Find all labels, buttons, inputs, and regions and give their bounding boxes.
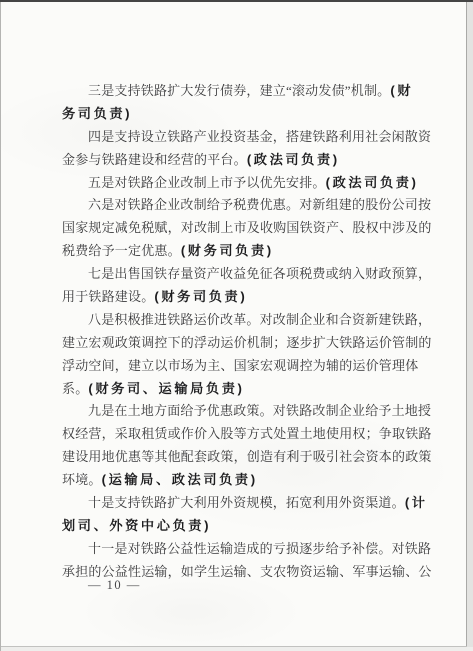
document-line: 三是支持铁路扩大发行债券，建立“滚动发债”机制。(财 [62,80,430,103]
document-line: 十是支持铁路扩大利用外资规模，拓宽利用外资渠道。(计 [62,492,430,515]
department-responsibility-label: (政法司负责) [326,175,419,190]
text-segment: 三是支持铁路扩大发行债券，建立“滚动发债”机制。 [88,83,390,98]
department-responsibility-label: (计 [405,495,428,510]
scan-edge-right-line [466,0,467,648]
text-segment: 十是支持铁路扩大利用外资规模，拓宽利用外资渠道。 [88,495,405,510]
department-responsibility-label: (财务司负责) [181,243,274,258]
text-segment: 四是支持设立铁路产业投资基金，搭建铁路利用社会闲散资 [88,129,431,144]
text-segment: 用于铁路建设。 [62,289,154,304]
department-responsibility-label: (财务司、运输局负责) [88,381,244,396]
document-line: 八是积极推进铁路运价改革。对改制企业和合资新建铁路， [62,309,430,332]
text-segment: 承担的公益性运输，如学生运输、支农物资运输、军事运输、公 [62,564,432,579]
page-number: — 10 — [88,578,141,593]
document-line: 九是在土地方面给予优惠政策。对铁路改制企业给予土地授 [62,400,430,423]
document-line: 四是支持设立铁路产业投资基金，搭建铁路利用社会闲散资 [62,126,430,149]
scanned-page: 三是支持铁路扩大发行债券，建立“滚动发债”机制。(财务司负责)四是支持设立铁路产… [0,0,473,651]
document-line: 务司负责) [62,103,430,126]
document-line: 建设用地优惠等其他配套政策，创造有利于吸引社会资本的政策 [62,446,430,469]
text-segment: 六是对铁路企业改制给予税费优惠。对新组建的股份公司按 [88,197,431,212]
text-segment: 建设用地优惠等其他配套政策，创造有利于吸引社会资本的政策 [62,449,432,464]
text-segment: 十一是对铁路公益性运输造成的亏损逐步给予补偿。对铁路 [88,541,431,556]
department-responsibility-label: 划司、外资中心负责) [62,518,211,533]
text-segment: 环境。 [62,472,102,487]
scan-edge-bottom-line [1,646,467,647]
document-line: 十一是对铁路公益性运输造成的亏损逐步给予补偿。对铁路 [62,538,430,561]
document-line: 浮动空间，建立以市场为主、国家宏观调控为辅的运价管理体 [62,355,430,378]
text-segment: 系。 [62,381,88,396]
document-body: 三是支持铁路扩大发行债券，建立“滚动发债”机制。(财务司负责)四是支持设立铁路产… [62,80,430,584]
paper-sheet: 三是支持铁路扩大发行债券，建立“滚动发债”机制。(财务司负责)四是支持设立铁路产… [1,2,466,646]
document-line: 建立宏观政策调控下的浮动运价机制；逐步扩大铁路运价管制的 [62,332,430,355]
text-segment: 七是出售国铁存量资产收益免征各项税费或纳入财政预算， [88,266,431,281]
text-segment: 八是积极推进铁路运价改革。对改制企业和合资新建铁路， [88,312,431,327]
document-line: 金参与铁路建设和经营的平台。(政法司负责) [62,149,430,172]
department-responsibility-label: (财 [390,83,413,98]
scan-edge-right-fill [467,0,473,651]
scan-edge-top-band [0,0,473,2]
document-line: 环境。(运输局、政法司负责) [62,469,430,492]
text-segment: 税费给予一定优惠。 [62,243,181,258]
text-segment: 五是对铁路企业改制上市予以优先安排。 [88,175,326,190]
text-segment: 浮动空间，建立以市场为主、国家宏观调控为辅的运价管理体 [62,358,418,373]
text-segment: 权经营，采取租赁或作价入股等方式处置土地使用权；争取铁路 [62,426,432,441]
document-line: 系。(财务司、运输局负责) [62,378,430,401]
document-line: 用于铁路建设。(财务司负责) [62,286,430,309]
scan-edge-bottom-fill [0,647,473,651]
department-responsibility-label: (政法司负责) [247,152,340,167]
department-responsibility-label: 务司负责) [62,106,132,121]
document-line: 税费给予一定优惠。(财务司负责) [62,240,430,263]
text-segment: 国家规定减免税赋，对改制上市及收购国铁资产、股权中涉及的 [62,220,432,235]
document-line: 国家规定减免税赋，对改制上市及收购国铁资产、股权中涉及的 [62,217,430,240]
scan-edge-left-line [0,0,1,651]
text-segment: 建立宏观政策调控下的浮动运价机制；逐步扩大铁路运价管制的 [62,335,432,350]
department-responsibility-label: (财务司负责) [154,289,247,304]
text-segment: 九是在土地方面给予优惠政策。对铁路改制企业给予土地授 [88,403,431,418]
document-line: 权经营，采取租赁或作价入股等方式处置土地使用权；争取铁路 [62,423,430,446]
document-line: 划司、外资中心负责) [62,515,430,538]
department-responsibility-label: (运输局、政法司负责) [102,472,258,487]
document-line: 五是对铁路企业改制上市予以优先安排。(政法司负责) [62,172,430,195]
text-segment: 金参与铁路建设和经营的平台。 [62,152,247,167]
document-line: 七是出售国铁存量资产收益免征各项税费或纳入财政预算， [62,263,430,286]
document-line: 六是对铁路企业改制给予税费优惠。对新组建的股份公司按 [62,194,430,217]
